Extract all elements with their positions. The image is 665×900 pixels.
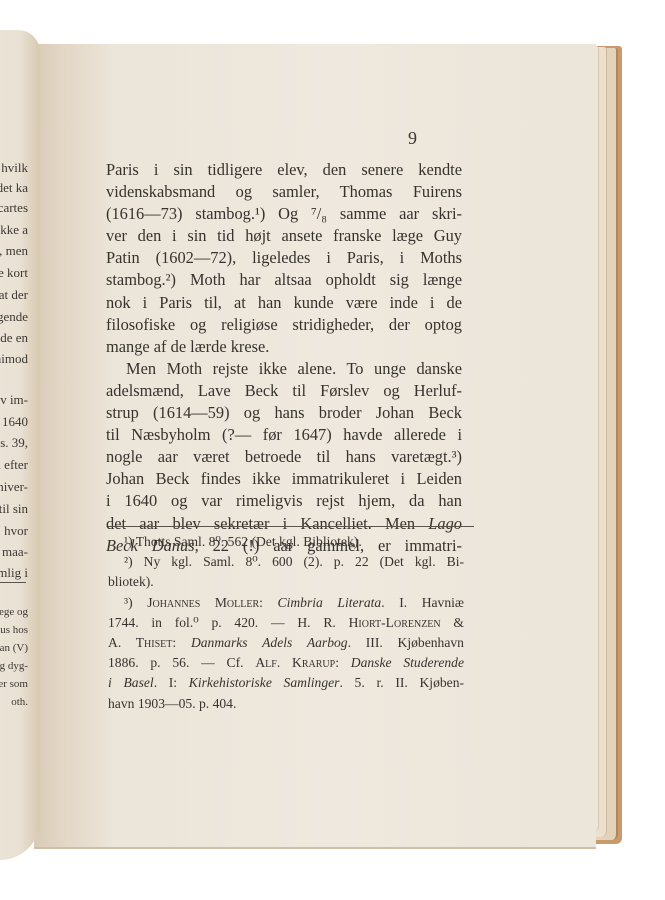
text-fragment: : bbox=[259, 595, 277, 610]
text-line: adelsmænd, Lave Beck til Førslev og Herl… bbox=[106, 380, 462, 402]
text-line: stambog.²) Moth har altsaa opholdt sig l… bbox=[106, 269, 462, 291]
body-text: Paris i sin tidligere elev, den senere k… bbox=[106, 159, 462, 557]
text-line: et, men bbox=[0, 243, 28, 259]
footnote-line: sær som bbox=[0, 678, 28, 690]
footnote-2-cont: bliotek). bbox=[108, 572, 464, 592]
text-line: hos. 39, bbox=[0, 435, 28, 451]
footnote-3: ³) Johannes Moller: Cimbria Literata. I.… bbox=[108, 593, 464, 613]
text-fragment: 1886. p. 56. — Cf. bbox=[108, 655, 255, 670]
text-line: til Næsbyholm (?— før 1647) havde allere… bbox=[106, 424, 462, 446]
text-line: escartes bbox=[0, 200, 28, 216]
footnote-3-cont: havn 1903—05. p. 404. bbox=[108, 694, 464, 714]
text-line: videnskabsmand og samler, Thomas Fuirens bbox=[106, 181, 462, 203]
text-line: det ka bbox=[0, 180, 28, 196]
footnote-line: stian (V) bbox=[0, 642, 28, 654]
text-line: ske kort bbox=[0, 265, 28, 281]
text-fragment: 1744. in fol.⁰ p. 420. — H. R. bbox=[108, 615, 349, 630]
italic-text: Lago bbox=[428, 514, 462, 533]
footnote-3-cont: 1886. p. 56. — Cf. Alf. Krarup: Danske S… bbox=[108, 653, 464, 673]
footnote-line: oth. bbox=[11, 696, 28, 708]
italic-title: Danmarks Adels Aarbog bbox=[191, 635, 348, 650]
text-line: lev im- bbox=[0, 392, 28, 408]
text-line: mange af de lærde krese. bbox=[106, 336, 462, 358]
footnotes: ¹) Thotts Saml. 8⁰. 562 (Det kgl. Biblio… bbox=[108, 532, 464, 714]
text-fragment: . I: bbox=[154, 675, 189, 690]
italic-title: Danske Studerende bbox=[351, 655, 464, 670]
text-line: emlig i bbox=[0, 565, 28, 581]
text-fragment: : bbox=[335, 655, 351, 670]
footnote-line: fag dyg- bbox=[0, 660, 28, 672]
italic-title: Kirkehistoriske Samlinger bbox=[189, 675, 340, 690]
text-line: /₁ 1640 bbox=[0, 414, 28, 430]
text-line: enimod bbox=[0, 351, 28, 367]
text-line: n hvilk bbox=[0, 160, 28, 176]
footnote-3-cont: i Basel. I: Kirkehistoriske Samlinger. 5… bbox=[108, 673, 464, 693]
text-line: til sin bbox=[0, 501, 28, 517]
text-line: s, hvor bbox=[0, 523, 28, 539]
author-name: Hiort-Lorenzen bbox=[349, 615, 441, 630]
text-fragment: . 5. r. II. Kjøben- bbox=[339, 675, 464, 690]
text-line: ve maa- bbox=[0, 544, 28, 560]
text-line: ølgende bbox=[0, 309, 28, 325]
text-line: nok i Paris til, at han kunde være inde … bbox=[106, 292, 462, 314]
text-line: strup (1614—59) og hans broder Johan Bec… bbox=[106, 402, 462, 424]
text-line: Johan Beck findes ikke immatrikuleret i … bbox=[106, 468, 462, 490]
footnote-2: ²) Ny kgl. Saml. 8⁰. 600 (2). p. 22 (Det… bbox=[108, 552, 464, 572]
text-fragment: . I. Havniæ bbox=[381, 595, 464, 610]
text-fragment: & bbox=[441, 615, 464, 630]
footnote-rule bbox=[108, 526, 474, 527]
text-line: side en bbox=[0, 330, 28, 346]
text-line: i 1640 og var rimeligvis rejst hjem, da … bbox=[106, 490, 462, 512]
text-fragment: ³) bbox=[124, 595, 147, 610]
text-line: ver den i sin tid højt ansete franske læ… bbox=[106, 225, 462, 247]
text-fragment: : bbox=[172, 635, 191, 650]
text-line: (1616—73) stambog.¹) Og ⁷/₈ samme aar sk… bbox=[106, 203, 462, 225]
author-name: Alf. Krarup bbox=[255, 655, 335, 670]
text-line: Men Moth rejste ikke alene. To unge dans… bbox=[106, 358, 462, 380]
text-line: filosofiske og religiøse stridigheder, d… bbox=[106, 314, 462, 336]
text-line: n at der bbox=[0, 287, 28, 303]
footnote-1: ¹) Thotts Saml. 8⁰. 562 (Det kgl. Biblio… bbox=[108, 532, 464, 552]
footnote-line: læge og bbox=[0, 606, 28, 618]
footnote-rule bbox=[0, 582, 26, 583]
footnote-3-cont: 1744. in fol.⁰ p. 420. — H. R. Hiort-Lor… bbox=[108, 613, 464, 633]
text-line: au efter bbox=[0, 457, 28, 473]
page-number: 9 bbox=[408, 128, 417, 149]
footnote-line: kus hos bbox=[0, 624, 28, 636]
author-name: A. Thiset bbox=[108, 635, 172, 650]
footnote-3-cont: A. Thiset: Danmarks Adels Aarbog. III. K… bbox=[108, 633, 464, 653]
text-fragment: det aar blev sekretær i Kancelliet. Men bbox=[106, 514, 428, 533]
text-line: tikke a bbox=[0, 222, 28, 238]
text-line: Paris i sin tidligere elev, den senere k… bbox=[106, 159, 462, 181]
italic-title: Cimbria Literata bbox=[278, 595, 382, 610]
text-line: univer- bbox=[0, 479, 28, 495]
text-line: Patin (1602—72), ligeledes i Paris, i Mo… bbox=[106, 247, 462, 269]
italic-title: i Basel bbox=[108, 675, 154, 690]
text-fragment: . III. Kjøbenhavn bbox=[348, 635, 464, 650]
left-book-page-fragment: n hvilk det ka escartes tikke a et, men … bbox=[0, 30, 40, 860]
text-line: nogle aar været betroede til hans varetæ… bbox=[106, 446, 462, 468]
author-name: Johannes Moller bbox=[147, 595, 259, 610]
